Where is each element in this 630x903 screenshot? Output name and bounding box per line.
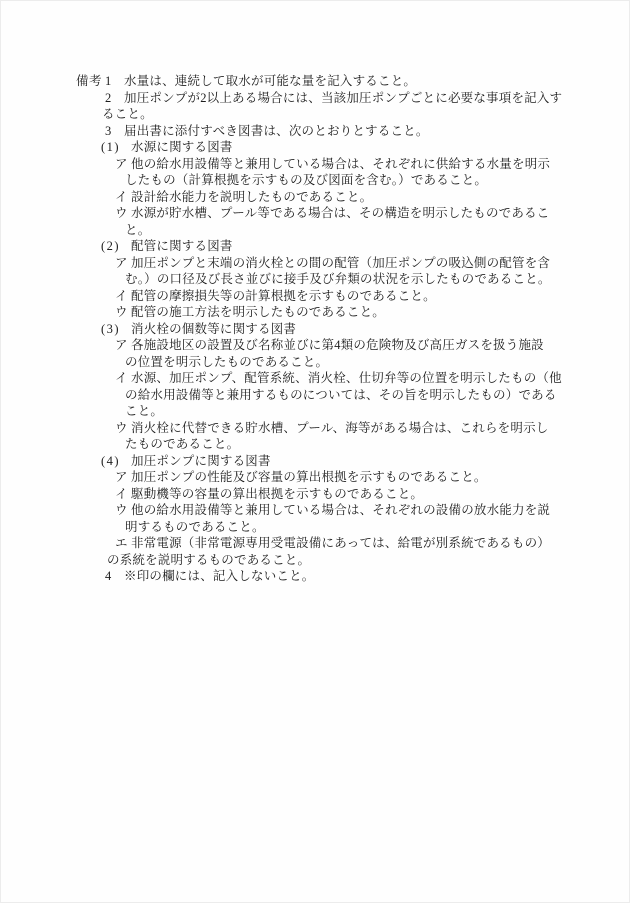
line-marker: ウ <box>115 304 128 321</box>
line-text: 配管に関する図書 <box>131 239 233 253</box>
document-line: 1水量は、連続して取水が可能な量を記入すること。 <box>1 73 629 90</box>
line-text: 他の給水用設備等と兼用している場合は、それぞれの設備の放水能力を説 <box>131 503 550 517</box>
document-line: (3)消火栓の個数等に関する図書 <box>1 321 629 338</box>
line-marker: エ <box>115 535 128 552</box>
line-marker: (1) <box>101 139 120 156</box>
line-text: む。）の口径及び長さ並びに接手及び弁類の状況を示したものであること。 <box>125 272 551 286</box>
document-line: の系統を説明するものであること。 <box>1 552 629 569</box>
document-line: (1)水源に関する図書 <box>1 139 629 156</box>
document-page: 備考 1水量は、連続して取水が可能な量を記入すること。2加圧ポンプが2以上ある場… <box>0 0 630 903</box>
line-text: 水源に関する図書 <box>131 140 233 154</box>
line-marker: ア <box>115 337 128 354</box>
line-text: 他の給水用設備等と兼用している場合は、それぞれに供給する水量を明示 <box>131 157 550 171</box>
line-marker: (2) <box>101 238 120 255</box>
line-text: 加圧ポンプに関する図書 <box>131 454 271 468</box>
document-line: イ配管の摩擦損失等の計算根拠を示すものであること。 <box>1 288 629 305</box>
line-text: ること。 <box>102 107 153 121</box>
line-marker: 4 <box>105 568 111 585</box>
line-text: の給水用設備等と兼用するものについては、その旨を明示したもの）である <box>125 388 557 402</box>
line-marker: (4) <box>101 453 120 470</box>
document-line: イ設計給水能力を説明したものであること。 <box>1 189 629 206</box>
document-line: 3届出書に添付すべき図書は、次のとおりとすること。 <box>1 123 629 140</box>
document-line: ア加圧ポンプの性能及び容量の算出根拠を示すものであること。 <box>1 469 629 486</box>
line-marker: ウ <box>115 420 128 437</box>
remarks-section: 備考 1水量は、連続して取水が可能な量を記入すること。2加圧ポンプが2以上ある場… <box>1 73 629 585</box>
line-marker: イ <box>115 370 128 387</box>
document-line: ウ水源が貯水槽、プール等である場合は、その構造を明示したものであるこ <box>1 205 629 222</box>
line-marker: (3) <box>101 321 120 338</box>
line-marker: ウ <box>115 502 128 519</box>
document-line: ウ消火栓に代替できる貯水槽、プール、海等がある場合は、これらを明示し <box>1 420 629 437</box>
document-line: 2加圧ポンプが2以上ある場合には、当該加圧ポンプごとに必要な事項を記入す <box>1 90 629 107</box>
line-marker: ア <box>115 469 128 486</box>
line-text: したもの（計算根拠を示すもの及び図面を含む。）であること。 <box>125 173 487 187</box>
line-text: 水源が貯水槽、プール等である場合は、その構造を明示したものであるこ <box>131 206 549 220</box>
document-line: イ駆動機等の容量の算出根拠を示すものであること。 <box>1 486 629 503</box>
line-text: の位置を明示したものであること。 <box>125 355 328 369</box>
line-text: と。 <box>125 223 150 237</box>
document-line: ア他の給水用設備等と兼用している場合は、それぞれに供給する水量を明示 <box>1 156 629 173</box>
document-line: と。 <box>1 222 629 239</box>
document-line: 明するものであること。 <box>1 519 629 536</box>
line-marker: ア <box>115 255 128 272</box>
line-marker: 1 <box>105 73 111 90</box>
document-line: ウ配管の施工方法を明示したものであること。 <box>1 304 629 321</box>
line-text: 設計給水能力を説明したものであること。 <box>131 190 372 204</box>
line-text: 届出書に添付すべき図書は、次のとおりとすること。 <box>124 124 429 138</box>
line-text: 水源、加圧ポンプ、配管系統、消火栓、仕切弁等の位置を明示したもの（他 <box>131 371 562 385</box>
document-line: こと。 <box>1 403 629 420</box>
line-text: 駆動機等の容量の算出根拠を示すものであること。 <box>131 487 423 501</box>
document-line: たものであること。 <box>1 436 629 453</box>
line-text: 消火栓の個数等に関する図書 <box>131 322 296 336</box>
document-line: ウ他の給水用設備等と兼用している場合は、それぞれの設備の放水能力を説 <box>1 502 629 519</box>
line-text: 明するものであること。 <box>125 520 265 534</box>
document-line: む。）の口径及び長さ並びに接手及び弁類の状況を示したものであること。 <box>1 271 629 288</box>
document-line: の位置を明示したものであること。 <box>1 354 629 371</box>
line-text: 配管の施工方法を明示したものであること。 <box>131 305 385 319</box>
line-text: 消火栓に代替できる貯水槽、プール、海等がある場合は、これらを明示し <box>131 421 548 435</box>
document-line: したもの（計算根拠を示すもの及び図面を含む。）であること。 <box>1 172 629 189</box>
line-marker: 2 <box>105 90 111 107</box>
document-line: ること。 <box>1 106 629 123</box>
line-text: の系統を説明するものであること。 <box>107 553 310 567</box>
document-line: ア各施設地区の設置及び名称並びに第4類の危険物及び高圧ガスを扱う施設 <box>1 337 629 354</box>
line-text: 各施設地区の設置及び名称並びに第4類の危険物及び高圧ガスを扱う施設 <box>131 338 544 352</box>
line-marker: ア <box>115 156 128 173</box>
document-line: の給水用設備等と兼用するものについては、その旨を明示したもの）である <box>1 387 629 404</box>
document-line: (2)配管に関する図書 <box>1 238 629 255</box>
line-marker: 3 <box>105 123 111 140</box>
document-line: ア加圧ポンプと末端の消火栓との間の配管（加圧ポンプの吸込側の配管を含 <box>1 255 629 272</box>
line-text: 加圧ポンプが2以上ある場合には、当該加圧ポンプごとに必要な事項を記入す <box>124 91 562 105</box>
line-marker: イ <box>115 486 128 503</box>
line-text: 水量は、連続して取水が可能な量を記入すること。 <box>124 74 416 88</box>
document-line: イ水源、加圧ポンプ、配管系統、消火栓、仕切弁等の位置を明示したもの（他 <box>1 370 629 387</box>
document-line: エ非常電源（非常電源専用受電設備にあっては、給電が別系統であるもの） <box>1 535 629 552</box>
line-marker: ウ <box>115 205 128 222</box>
line-text: 配管の摩擦損失等の計算根拠を示すものであること。 <box>131 289 436 303</box>
line-text: 加圧ポンプと末端の消火栓との間の配管（加圧ポンプの吸込側の配管を含 <box>131 256 550 270</box>
line-text: ※印の欄には、記入しないこと。 <box>124 569 315 583</box>
line-text: 加圧ポンプの性能及び容量の算出根拠を示すものであること。 <box>131 470 487 484</box>
document-line: 4※印の欄には、記入しないこと。 <box>1 568 629 585</box>
line-marker: イ <box>115 288 128 305</box>
line-text: たものであること。 <box>125 437 239 451</box>
document-line: (4)加圧ポンプに関する図書 <box>1 453 629 470</box>
line-marker: イ <box>115 189 128 206</box>
line-text: 非常電源（非常電源専用受電設備にあっては、給電が別系統であるもの） <box>131 536 550 550</box>
line-text: こと。 <box>125 404 163 418</box>
